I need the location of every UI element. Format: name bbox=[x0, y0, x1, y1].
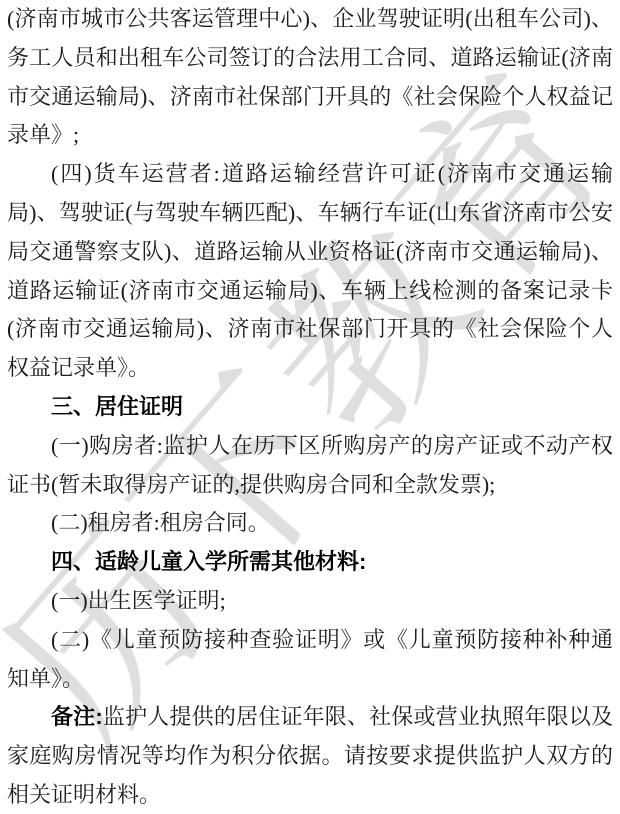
document-page: 历下教育 (济南市城市公共客运管理中心)、企业驾驶证明(出租车公司)、务工人员和… bbox=[0, 0, 620, 814]
para-renter: (二)租房者:租房合同。 bbox=[7, 504, 613, 543]
para-birth-certificate: (一)出生医学证明; bbox=[7, 582, 613, 621]
heading-residence-proof: 三、居住证明 bbox=[7, 388, 613, 427]
para-truck-operator: (四)货车运营者:道路运输经营许可证(济南市交通运输局)、驾驶证(与驾驶车辆匹配… bbox=[7, 155, 613, 388]
para-home-buyer: (一)购房者:监护人在历下区所购房产的房产证或不动产权证书(暂未取得房产证的,提… bbox=[7, 427, 613, 505]
para-remark: 备注:监护人提供的居住证年限、社保或营业执照年限以及家庭购房情况等均作为积分依据… bbox=[7, 698, 613, 814]
para-taxi-operator-continuation: (济南市城市公共客运管理中心)、企业驾驶证明(出租车公司)、务工人员和出租车公司… bbox=[7, 0, 613, 155]
document-body: (济南市城市公共客运管理中心)、企业驾驶证明(出租车公司)、务工人员和出租车公司… bbox=[0, 0, 620, 814]
remark-label: 备注: bbox=[51, 704, 103, 729]
heading-other-materials: 四、适龄儿童入学所需其他材料: bbox=[7, 543, 613, 582]
para-vaccination-certificate: (二)《儿童预防接种查验证明》或《儿童预防接种补种通知单》。 bbox=[7, 621, 613, 699]
